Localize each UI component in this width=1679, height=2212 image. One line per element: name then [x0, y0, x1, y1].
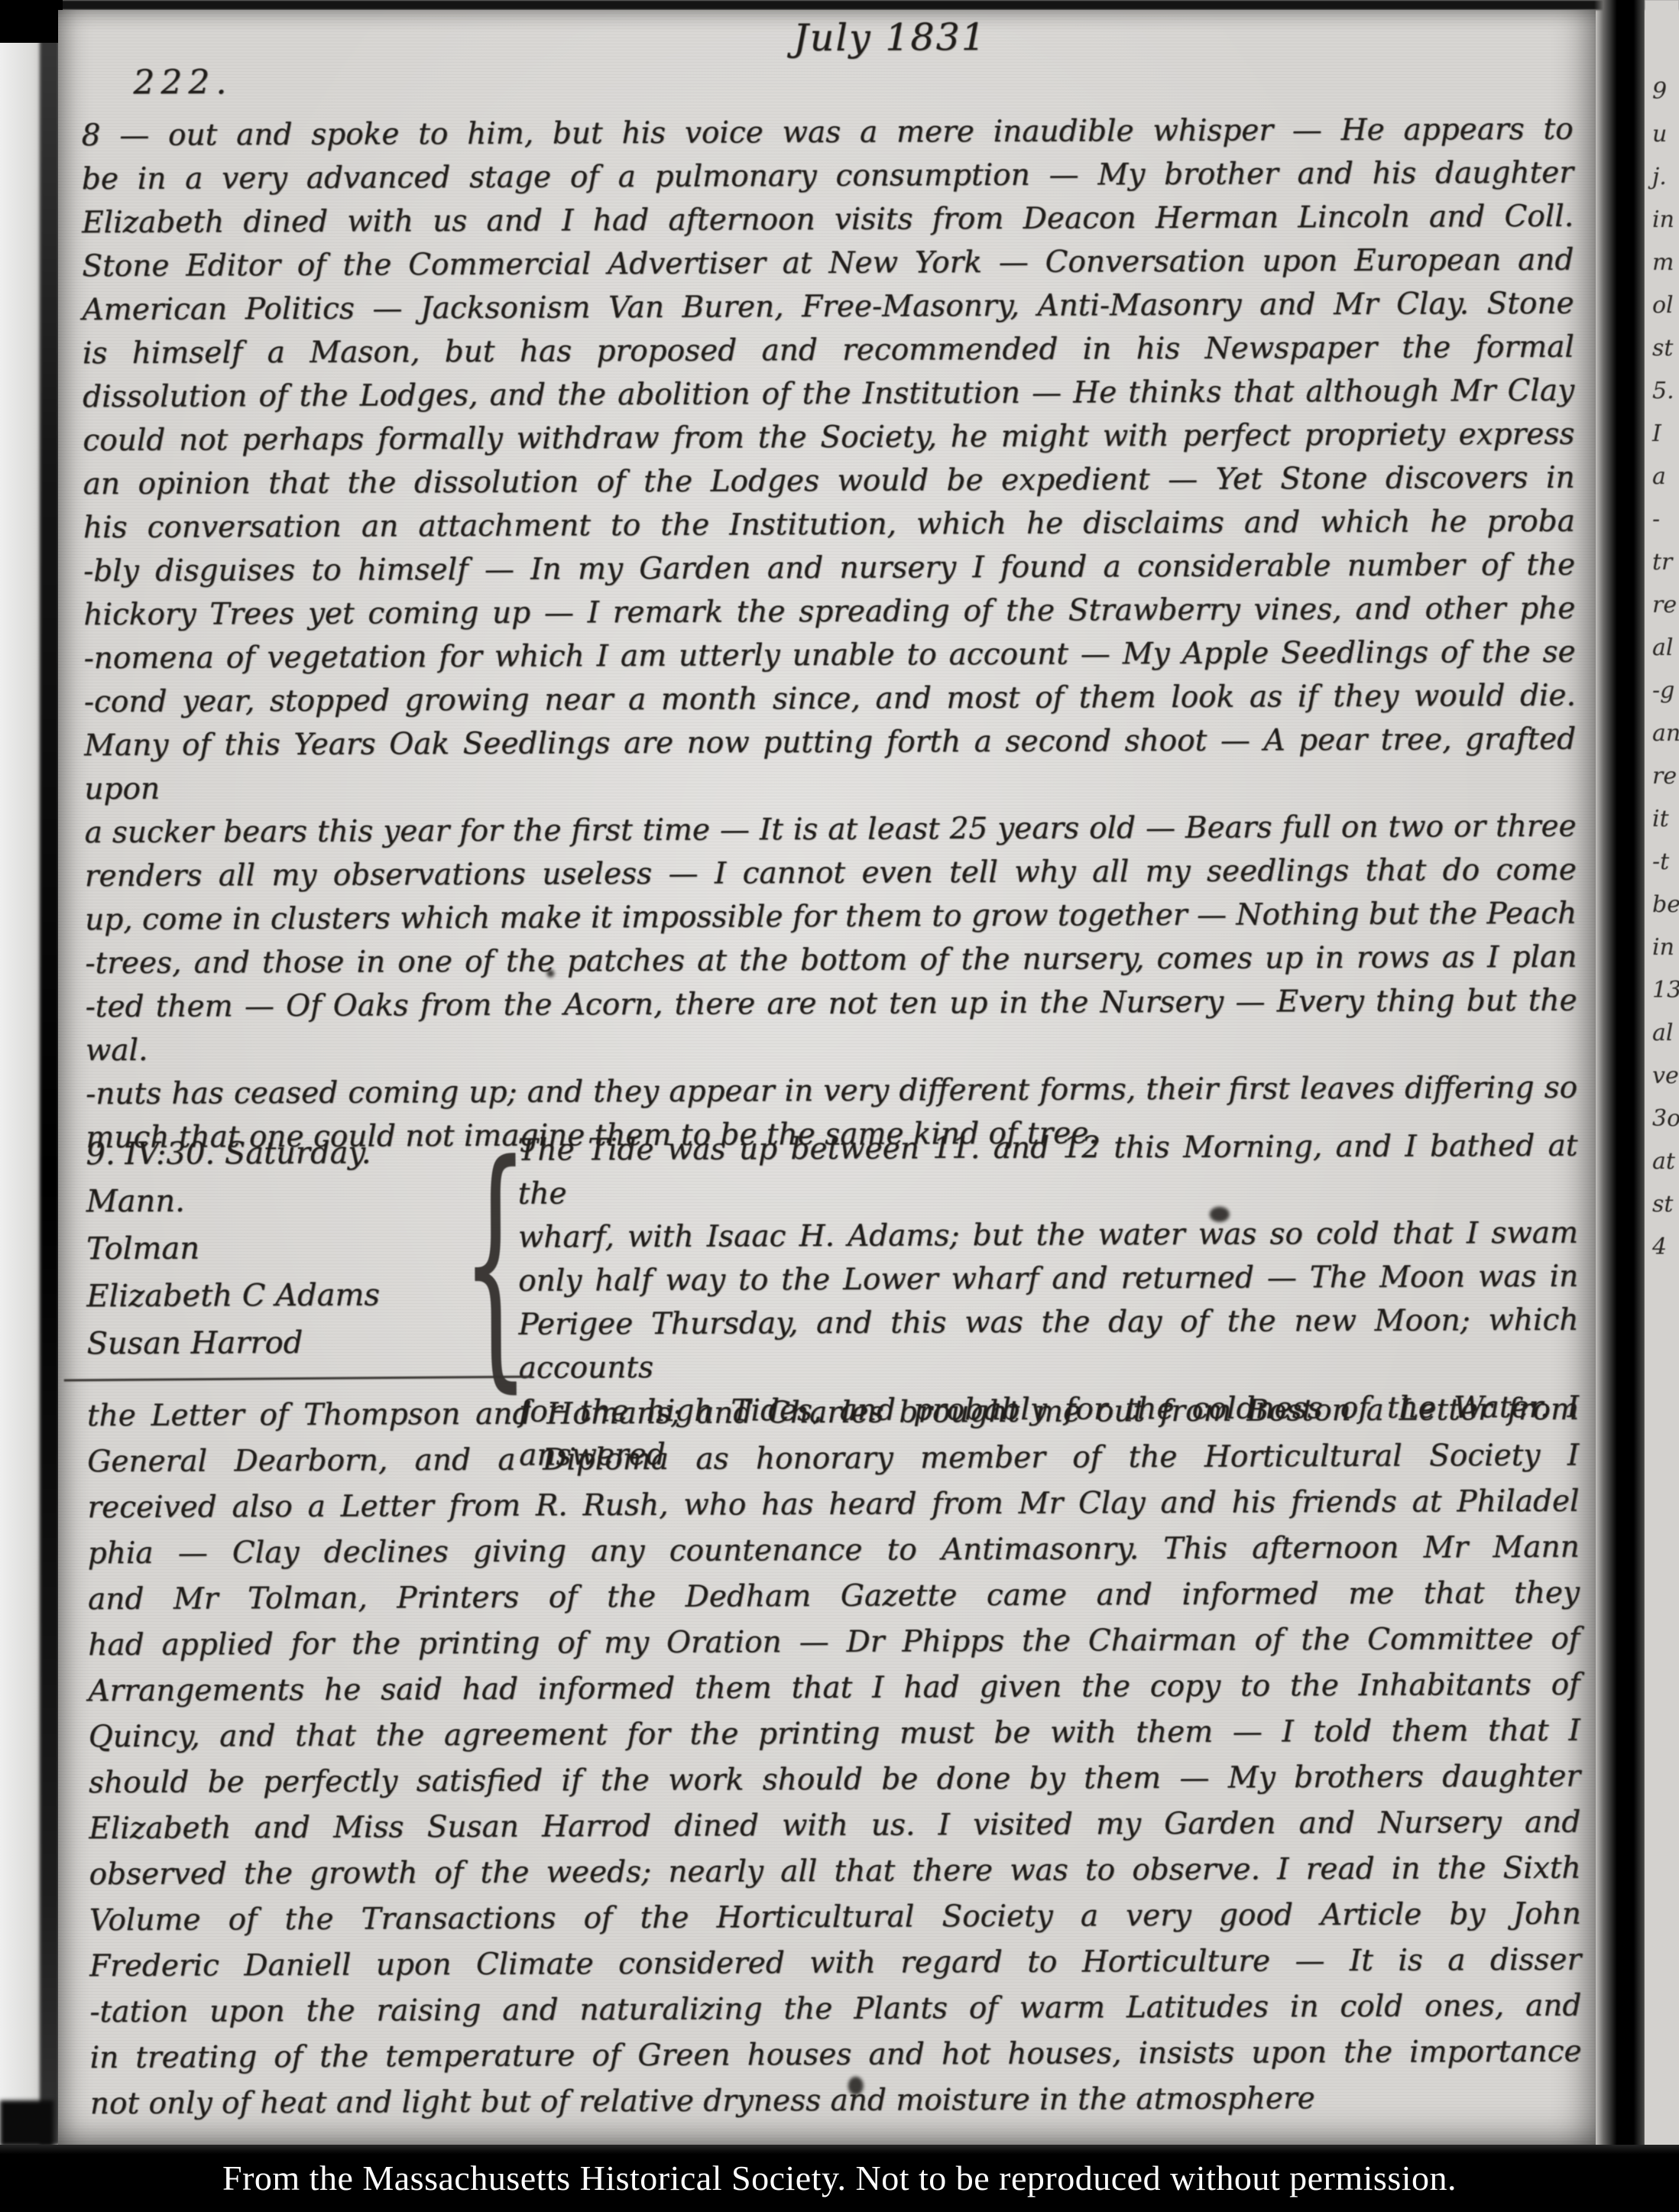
manuscript-line: should be perfectly satisfied if the wor…	[89, 1754, 1580, 1807]
manuscript-line: Perigee Thursday, and this was the day o…	[518, 1299, 1578, 1390]
manuscript-line: phia — Clay declines giving any countena…	[88, 1525, 1580, 1578]
manuscript-line: renders all my observations useless — I …	[85, 848, 1577, 899]
ink-blot	[848, 2077, 864, 2095]
manuscript-line: dissolution of the Lodges, and the aboli…	[83, 369, 1574, 420]
footer-credit-bar: From the Massachusetts Historical Societ…	[0, 2145, 1679, 2212]
manuscript-line: Elizabeth dined with us and I had aftern…	[82, 195, 1574, 245]
footer-credit-text: From the Massachusetts Historical Societ…	[0, 2145, 1679, 2212]
manuscript-line: only half way to the Lower wharf and ret…	[518, 1255, 1578, 1303]
visitor-name: Mann.	[86, 1176, 472, 1225]
manuscript-line: his conversation an attachment to the In…	[83, 500, 1575, 550]
manuscript-line: is himself a Mason, but has proposed and…	[83, 326, 1574, 376]
page-left-edge	[0, 0, 44, 2145]
visitor-name: Elizabeth C Adams	[86, 1271, 472, 1320]
manuscript-page: 222. July 1831 8 — out and spoke to him,…	[58, 10, 1596, 2145]
manuscript-line: -tation upon the raising and naturalizin…	[89, 1983, 1581, 2036]
manuscript-line: the Letter of Thompson and Homans; and C…	[87, 1387, 1579, 1440]
manuscript-line: Elizabeth and Miss Susan Harrod dined wi…	[89, 1800, 1580, 1853]
manuscript-line: up, come in clusters which make it impos…	[85, 892, 1577, 942]
manuscript-line: Volume of the Transactions of the Hortic…	[89, 1892, 1581, 1944]
manuscript-line: Stone Editor of the Commercial Advertise…	[82, 238, 1574, 289]
manuscript-line: -nuts has ceased coming up; and they app…	[86, 1066, 1577, 1117]
manuscript-line: Many of this Years Oak Seedlings are now…	[84, 718, 1576, 812]
entry9-datetime: 9. IV:30. Saturday.	[86, 1129, 472, 1178]
manuscript-line: observed the growth of the weeds; nearly…	[89, 1846, 1580, 1899]
manuscript-scan: 222. July 1831 8 — out and spoke to him,…	[0, 0, 1679, 2212]
manuscript-line: in treating of the temperature of Green …	[89, 2029, 1581, 2082]
manuscript-line: hickory Trees yet coming up — I remark t…	[83, 587, 1575, 637]
manuscript-line: Arrangements he said had informed them t…	[88, 1662, 1580, 1715]
manuscript-line: a sucker bears this year for the first t…	[84, 805, 1576, 855]
manuscript-line: American Politics — Jacksonism Van Buren…	[82, 282, 1574, 332]
manuscript-content: 222. July 1831 8 — out and spoke to him,…	[53, 7, 1600, 2149]
manuscript-line: -bly disguises to himself — In my Garden…	[83, 543, 1575, 594]
book-gutter-shadow	[1594, 0, 1645, 2145]
visitor-name: Tolman	[86, 1224, 472, 1273]
entry8-paragraph: 8 — out and spoke to him, but his voice …	[81, 108, 1577, 1160]
visitor-name: Susan Harrod	[86, 1318, 472, 1367]
manuscript-line: received also a Letter from R. Rush, who…	[87, 1479, 1579, 1532]
manuscript-line: -trees, and those in one of the patches …	[85, 936, 1577, 986]
manuscript-line: be in a very advanced stage of a pulmona…	[82, 151, 1574, 202]
ink-blot	[546, 970, 554, 978]
manuscript-line: General Dearborn, and a Diploma as honor…	[87, 1433, 1579, 1486]
scan-corner-bottom-left	[0, 2100, 53, 2146]
manuscript-line: -ted them — Of Oaks from the Acorn, ther…	[85, 979, 1577, 1073]
page-number: 222.	[133, 63, 232, 102]
manuscript-line: and Mr Tolman, Printers of the Dedham Ga…	[88, 1571, 1580, 1623]
entry9-continuation-paragraph: the Letter of Thompson and Homans; and C…	[87, 1387, 1582, 2128]
manuscript-line: Frederic Daniell upon Climate considered…	[89, 1938, 1581, 1990]
manuscript-line: Quincy, and that the agreement for the p…	[89, 1708, 1580, 1761]
manuscript-line: not only of heat and light but of relati…	[90, 2075, 1582, 2128]
manuscript-line: The Tide was up between 11. and 12 this …	[517, 1124, 1577, 1216]
manuscript-line: an opinion that the dissolution of the L…	[83, 456, 1574, 507]
ink-blot	[1210, 1207, 1230, 1222]
manuscript-line: -nomena of vegetation for which I am utt…	[83, 631, 1575, 681]
curly-brace-glyph: {	[461, 1109, 530, 1415]
manuscript-line: could not perhaps formally withdraw from…	[83, 413, 1574, 463]
page-header-date: July 1831	[793, 15, 987, 60]
manuscript-line: had applied for the printing of my Orati…	[88, 1617, 1580, 1669]
manuscript-line: 8 — out and spoke to him, but his voice …	[81, 108, 1573, 158]
manuscript-line: wharf, with Isaac H. Adams; but the wate…	[518, 1211, 1578, 1260]
manuscript-line: -cond year, stopped growing near a month…	[84, 674, 1576, 725]
adjacent-page-edge: 9 u j. in m ol st 5. I a -tr re al -g an…	[1645, 0, 1679, 2145]
